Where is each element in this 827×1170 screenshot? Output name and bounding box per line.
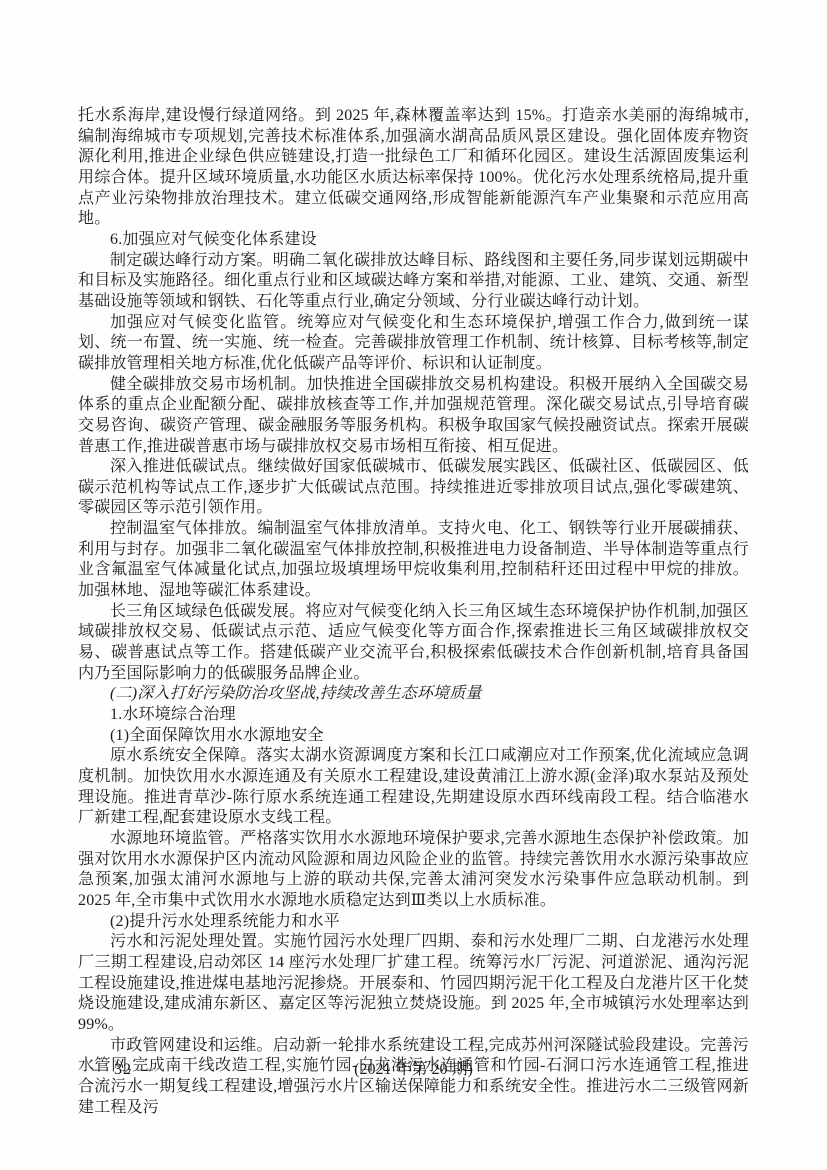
paragraph: 深入推进低碳试点。继续做好国家低碳城市、低碳发展实践区、低碳社区、低碳园区、低碳… — [78, 457, 749, 519]
paragraph: 托水系海岸,建设慢行绿道网络。到 2025 年,森林覆盖率达到 15%。打造亲水… — [78, 106, 749, 230]
paragraph: 加强应对气候变化监管。统筹应对气候变化和生态环境保护,增强工作合力,做到统一谋划… — [78, 313, 749, 375]
paragraph: 原水系统安全保障。落实太湖水资源调度方案和长江口咸潮应对工作预案,优化流域应急调… — [78, 746, 749, 829]
paragraph: (二)深入打好污染防治攻坚战,持续改善生态环境质量 — [78, 684, 749, 705]
paragraph: 制定碳达峰行动方案。明确二氧化碳排放达峰目标、路线图和主要任务,同步谋划远期碳中… — [78, 251, 749, 313]
footer-issue-label: (2021 年第 20 期) — [78, 1059, 749, 1081]
paragraph: 6.加强应对气候变化体系建设 — [78, 230, 749, 251]
paragraph: 健全碳排放交易市场机制。加快推进全国碳排放交易机构建设。积极开展纳入全国碳交易体… — [78, 375, 749, 458]
paragraph: 水源地环境监管。严格落实饮用水水源地环境保护要求,完善水源地生态保护补偿政策。加… — [78, 829, 749, 912]
paragraph: 长三角区域绿色低碳发展。将应对气候变化纳入长三角区域生态环境保护协作机制,加强区… — [78, 602, 749, 685]
paragraph: (2)提升污水处理系统能力和水平 — [78, 912, 749, 933]
page-footer: — 32 — (2021 年第 20 期) — [78, 1059, 749, 1081]
paragraph: 污水和污泥处理处置。实施竹园污水处理厂四期、泰和污水处理厂二期、白龙港污水处理厂… — [78, 932, 749, 1035]
paragraph: 控制温室气体排放。编制温室气体排放清单。支持火电、化工、钢铁等行业开展碳捕获、利… — [78, 519, 749, 602]
document-body: 托水系海岸,建设慢行绿道网络。到 2025 年,森林覆盖率达到 15%。打造亲水… — [78, 106, 749, 1118]
document-page: 托水系海岸,建设慢行绿道网络。到 2025 年,森林覆盖率达到 15%。打造亲水… — [0, 0, 827, 1170]
paragraph: 1.水环境综合治理 — [78, 705, 749, 726]
paragraph: (1)全面保障饮用水水源地安全 — [78, 726, 749, 747]
